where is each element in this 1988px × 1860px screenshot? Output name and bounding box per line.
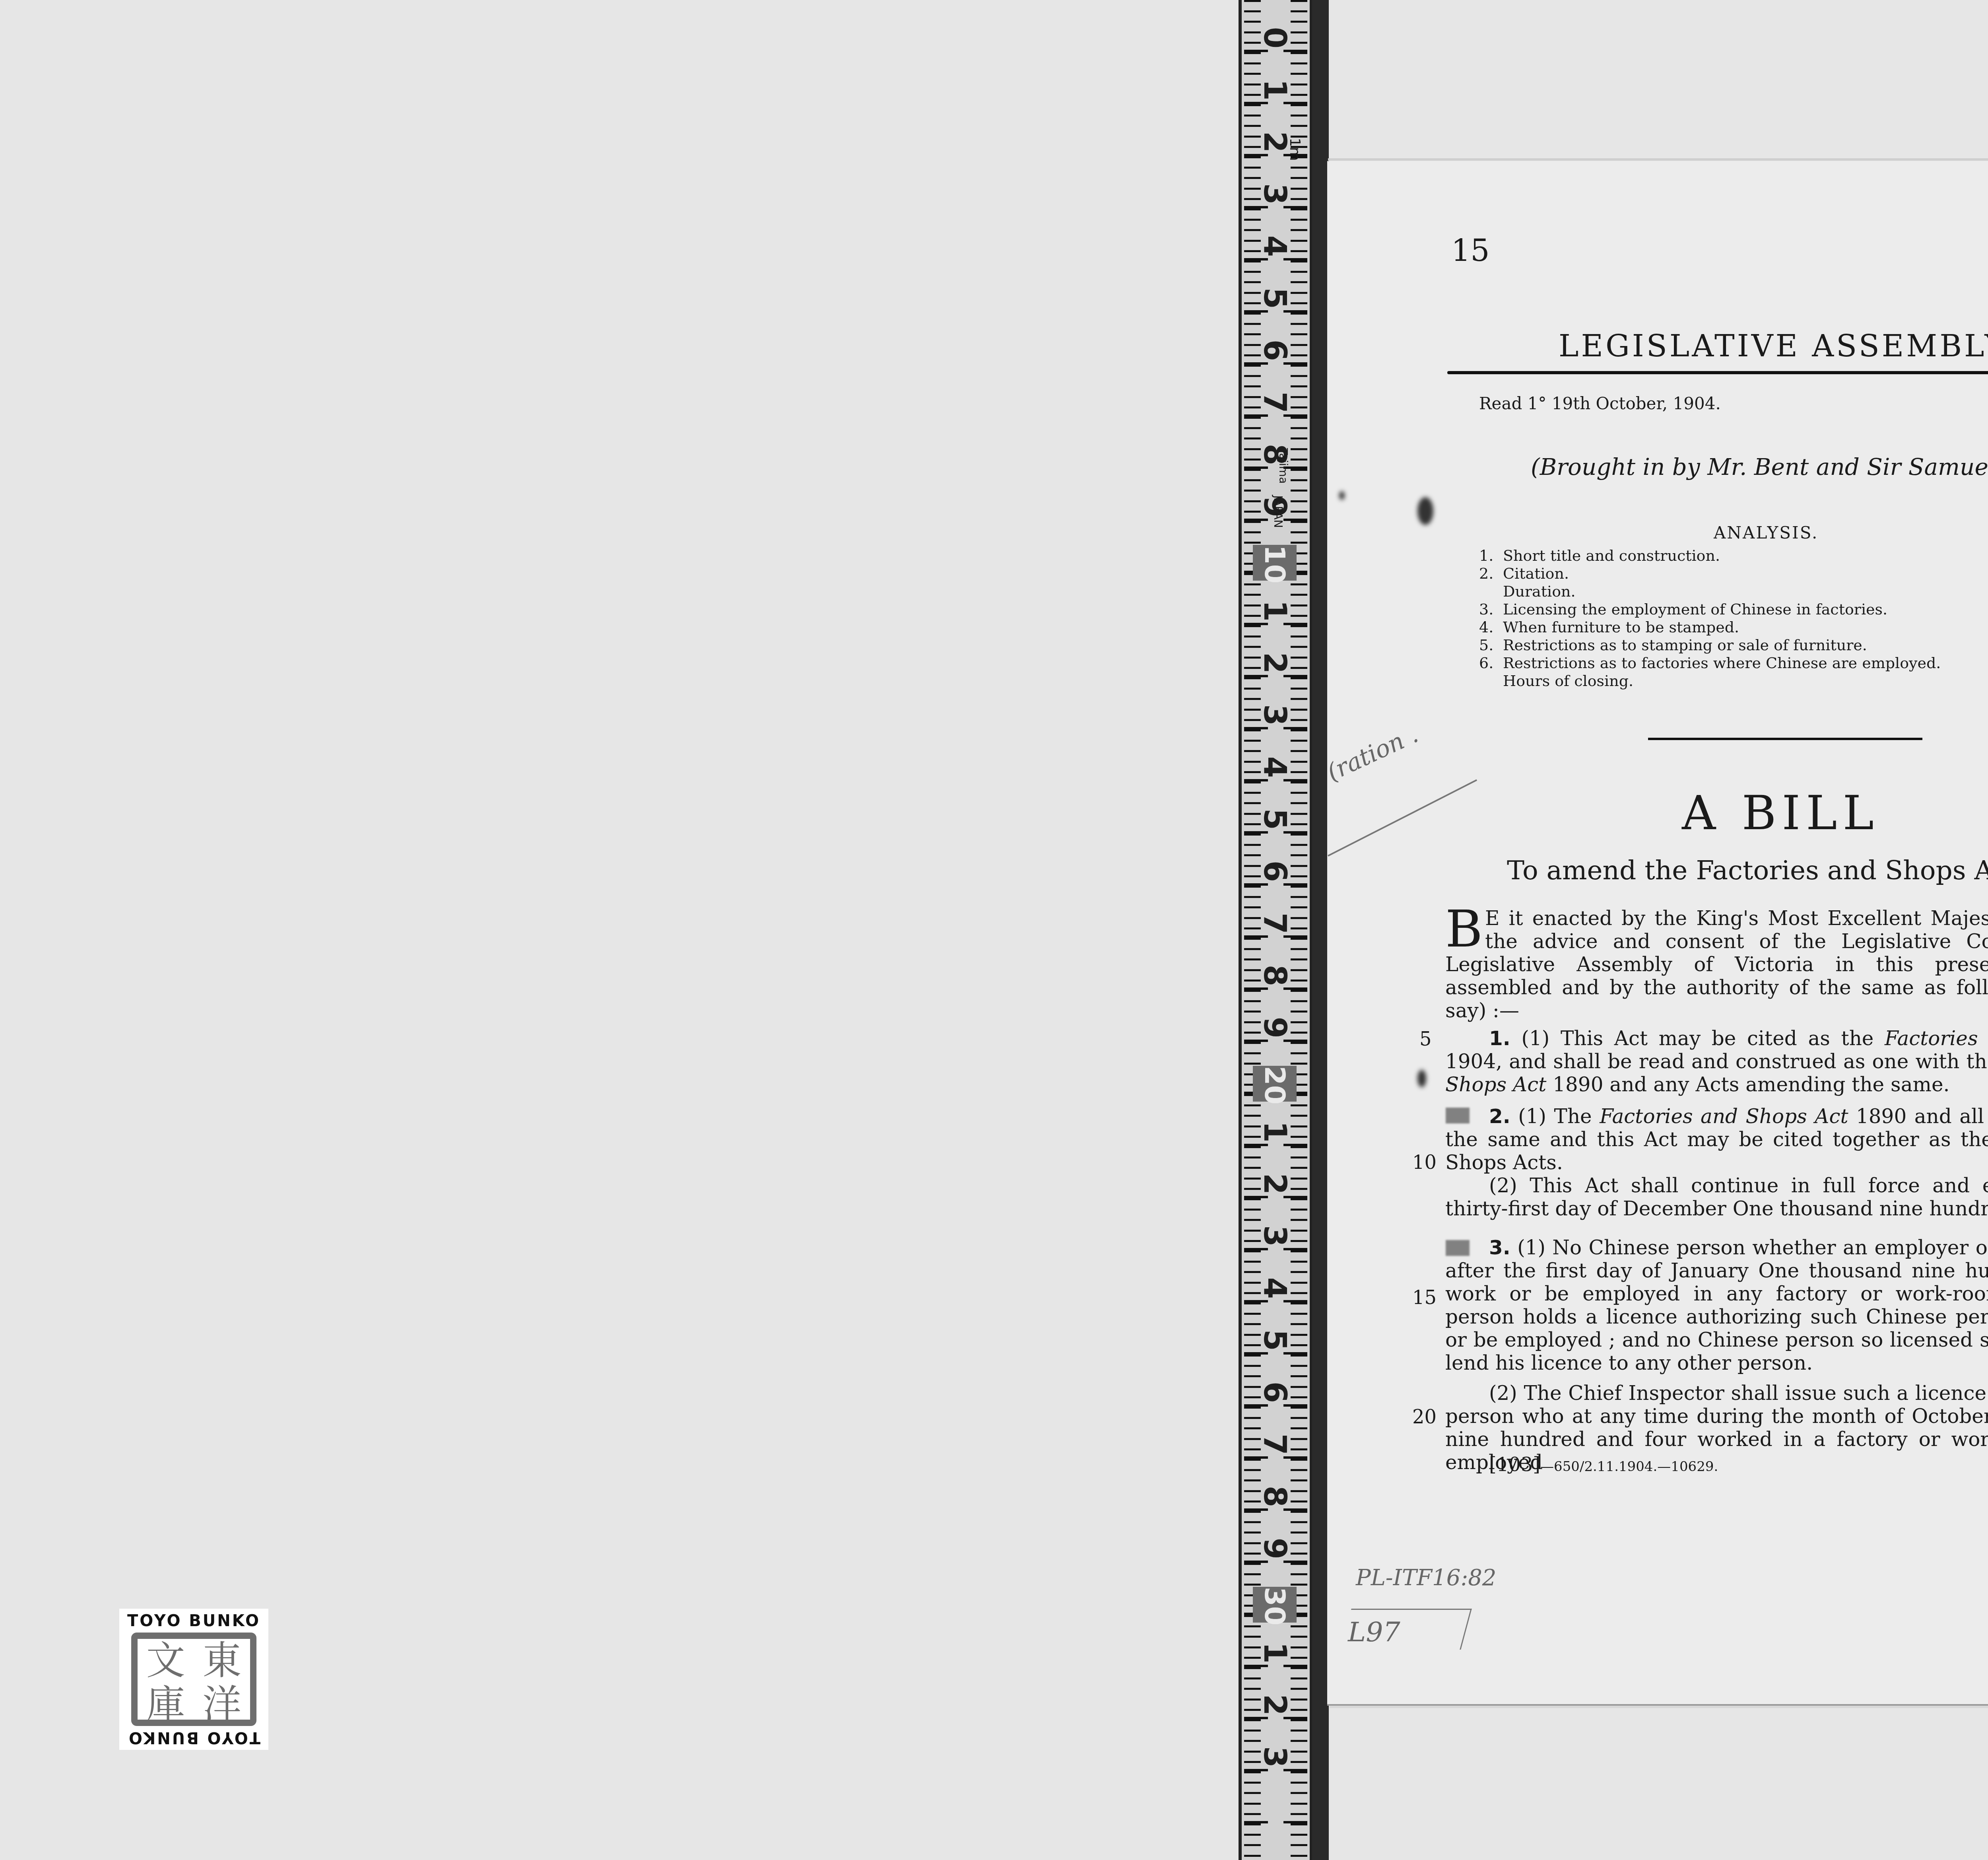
ruler-unit-mark: 1m [1287,138,1303,161]
ruler-label: 10 [1253,545,1297,581]
ruler-label: 2 [1257,1687,1293,1723]
ruler-label: 8 [1257,958,1293,993]
analysis-item: 2.Citation. [1479,565,1941,583]
measuring-ruler: 0123456789101234567892012345678930123 1m… [1239,0,1312,1860]
ruler-label: 1 [1257,1114,1293,1150]
ruler-label: 1 [1257,593,1293,629]
ruler-label: 5 [1257,280,1293,316]
seal-char: 東 [194,1639,250,1683]
ruler-label: 3 [1257,1739,1293,1775]
analysis-item-number: 3. [1479,601,1503,618]
seal-char: 文 [138,1639,194,1683]
ruler-label: 1 [1257,72,1293,108]
ruler-label: 4 [1257,1270,1293,1306]
subsection-2-2: (2) This Act shall continue in full forc… [1445,1174,1988,1220]
analysis-item: Duration. [1479,583,1941,601]
line-number: 5 [1419,1028,1432,1050]
analysis-item-number: 1. [1479,547,1503,565]
ruler-edge-strip [1312,0,1329,1860]
section-text: (1) The [1510,1105,1600,1128]
analysis-item-text: Hours of closing. [1503,672,1633,690]
handwritten-accession-number: L97 [1348,1617,1400,1648]
sponsors-line: (Brought in by Mr. Bent and Sir Samuel G… [1531,453,1988,480]
section-text: 1904, and shall be read and construed as… [1445,1050,1988,1073]
seal-char: 洋 [194,1683,250,1726]
analysis-item-number: 4. [1479,618,1503,636]
analysis-item: 4.When furniture to be stamped. [1479,618,1941,636]
printer-reference: [103]—650/2.11.1904.—10629. [1489,1454,1718,1476]
ruler-label: 20 [1253,1066,1297,1102]
section-text: (1) No Chinese person whether an employe… [1445,1236,1988,1374]
ruler-label: 30 [1253,1587,1297,1623]
section-divider [1648,738,1922,740]
act-name: Factories and Shops Act [1600,1105,1848,1128]
ruler-label: 8 [1257,1479,1293,1514]
ruler-label: 4 [1257,228,1293,264]
ruler-label: 0 [1257,20,1293,56]
ruler-label: 2 [1257,1166,1293,1202]
ruler-label: 6 [1257,853,1293,889]
analysis-item-number: 2. [1479,565,1503,583]
enacting-text: E it enacted by the King's Most Excellen… [1445,907,1988,1022]
analysis-item-text: Restrictions as to factories where Chine… [1503,654,1941,672]
analysis-item: Hours of closing. [1479,672,1941,690]
seal-char: 庫 [138,1683,194,1726]
margin-mark [1446,1108,1470,1123]
bill-subtitle: To amend the Factories and Shops Acts. [1507,855,1988,886]
ink-spot [1339,491,1345,500]
ruler-label: 5 [1257,801,1293,837]
analysis-item-text: Restrictions as to stamping or sale of f… [1503,636,1867,654]
analysis-item: 6.Restrictions as to factories where Chi… [1479,654,1941,672]
analysis-item-number [1479,583,1503,601]
logo-text-inverted: TOYO BUNKO [119,1728,268,1747]
toyo-bunko-logo: TOYO BUNKO 文 東 庫 洋 TOYO BUNKO [119,1609,268,1750]
printer-detail: —650/2.11.1904.—10629. [1540,1459,1718,1475]
seal-icon: 文 東 庫 洋 [131,1633,256,1726]
bill-title: A BILL [1682,785,1879,840]
section-3: 3. (1) No Chinese person whether an empl… [1445,1236,1988,1474]
enacting-clause: BE it enacted by the King's Most Excelle… [1445,907,1988,1022]
page-number: 15 [1451,233,1490,268]
drop-cap: B [1445,908,1483,950]
analysis-item: 3.Licensing the employment of Chinese in… [1479,601,1941,618]
heading-rule [1447,371,1988,374]
analysis-item-text: When furniture to be stamped. [1503,618,1739,636]
ruler-label: 4 [1257,749,1293,785]
section-1: 1. (1) This Act may be cited as the Fact… [1445,1027,1988,1096]
analysis-item-text: Short title and construction. [1503,547,1720,565]
analysis-item: 1.Short title and construction. [1479,547,1941,565]
analysis-heading: ANALYSIS. [1714,523,1818,542]
margin-mark [1446,1240,1470,1256]
ruler-label: 9 [1257,1010,1293,1046]
ruler-label: 6 [1257,332,1293,368]
analysis-item-number: 6. [1479,654,1503,672]
line-number: 20 [1412,1406,1437,1428]
analysis-item-number [1479,672,1503,690]
read-date: Read 1° 19th October, 1904. [1479,394,1721,413]
ruler-label: 9 [1257,1531,1293,1567]
ink-smudge [1417,497,1433,525]
line-number: 10 [1412,1151,1437,1174]
ruler-label: 7 [1257,385,1293,420]
act-name: Factories and Shops Act [1885,1027,1988,1050]
page-edge [1328,158,1988,161]
analysis-item: 5.Restrictions as to stamping or sale of… [1479,636,1941,654]
ruler-origin: JAPAN [1272,495,1285,528]
ruler-brand: Tajima [1277,448,1290,484]
ruler-label: 5 [1257,1322,1293,1358]
section-text: (1) This Act may be cited as the [1510,1027,1885,1050]
logo-text: TOYO BUNKO [119,1612,268,1630]
analysis-item-text: Licensing the employment of Chinese in f… [1503,601,1887,618]
ruler-label: 3 [1257,1218,1293,1254]
ruler-label: 6 [1257,1374,1293,1410]
analysis-item-text: Citation. [1503,565,1569,583]
ink-smudge [1417,1070,1426,1087]
analysis-item-text: Duration. [1503,583,1576,601]
ruler-label: 7 [1257,1427,1293,1462]
ruler-label: 1 [1257,1635,1293,1671]
section-number: 2. [1489,1105,1510,1128]
section-number: 3. [1489,1236,1510,1259]
ruler-label: 7 [1257,906,1293,941]
analysis-item-number: 5. [1479,636,1503,654]
ruler-label: 2 [1257,645,1293,681]
ruler-label: 3 [1257,176,1293,212]
handwritten-call-number: PL-ITF16:82 [1356,1565,1497,1591]
section-number: 1. [1489,1027,1510,1050]
analysis-list: 1.Short title and construction.2.Citatio… [1479,547,1941,690]
section-text: 1890 and any Acts amending the same. [1546,1073,1949,1096]
line-number: 15 [1412,1287,1437,1309]
ruler-label: 3 [1257,697,1293,733]
house-heading: LEGISLATIVE ASSEMBLY. [1559,328,1988,363]
section-2: 2. (1) The Factories and Shops Act 1890 … [1445,1105,1988,1220]
printer-ref: [103] [1489,1454,1540,1476]
